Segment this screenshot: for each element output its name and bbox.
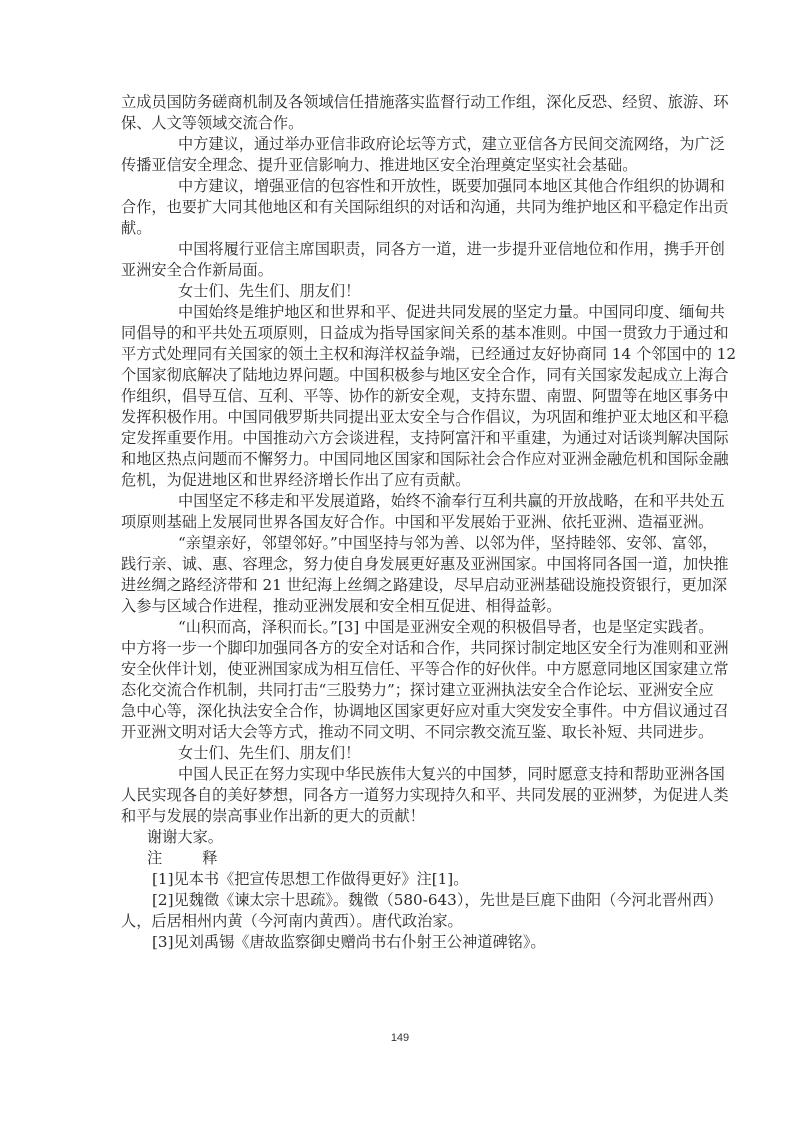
text-line: 女士们、先生们、朋友们！ <box>121 281 681 302</box>
notes-heading-left: 注 <box>147 848 162 869</box>
text-line: 中国将履行亚信主席国职责，同各方一道，进一步提升亚信地位和作用，携手开创 <box>121 239 681 260</box>
paragraph: “亲望亲好，邻望邻好。”中国坚持与邻为善、以邻为伴，坚持睦邻、安邻、富邻， 践行… <box>121 533 681 617</box>
text-line: 开亚洲文明对话大会等方式，推动不同文明、不同宗教交流互鉴、取长补短、共同进步。 <box>121 722 681 743</box>
text-line: 项原则基础上发展同世界各国友好合作。中国和平发展始于亚洲、依托亚洲、造福亚洲。 <box>121 512 681 533</box>
paragraph: “山积而高，泽积而长。”[3] 中国是亚洲安全观的积极倡导者，也是坚定实践者。 … <box>121 617 681 743</box>
paragraph-continuation: 立成员国防务磋商机制及各领域信任措施落实监督行动工作组，深化反恐、经贸、旅游、环… <box>121 92 681 134</box>
text-line: 中国坚定不移走和平发展道路，始终不渝奉行互利共赢的开放战略，在和平共处五 <box>121 491 681 512</box>
notes-heading-right: 释 <box>202 848 217 869</box>
paragraph: 中国坚定不移走和平发展道路，始终不渝奉行互利共赢的开放战略，在和平共处五 项原则… <box>121 491 681 533</box>
text-line: 急中心等，深化执法安全合作，协调地区国家更好应对重大突发安全事件。中方倡议通过召 <box>121 701 681 722</box>
text-line: 平方式处理同有关国家的领土主权和海洋权益争端，已经通过友好协商同 14 个邻国中… <box>121 344 681 365</box>
text-line: 中方建议，增强亚信的包容性和开放性，既要加强同本地区其他合作组织的协调和 <box>121 176 681 197</box>
text-line: [2]见魏徵《谏太宗十思疏》。魏徵（580-643），先世是巨鹿下曲阳（今河北晋… <box>121 890 681 911</box>
text-line: [3]见刘禹锡《唐故监察御史赠尚书右仆射王公神道碑铭》。 <box>121 932 681 953</box>
closing-thanks: 谢谢大家。 <box>121 827 681 848</box>
text-line: 入参与区域合作进程，推动亚洲发展和安全相互促进、相得益彰。 <box>121 596 681 617</box>
text-line: 作组织，倡导互信、互利、平等、协作的新安全观，支持东盟、南盟、阿盟等在地区事务中 <box>121 386 681 407</box>
page-number: 149 <box>0 1032 800 1044</box>
text-line: 人，后居相州内黄（今河南内黄西）。唐代政治家。 <box>121 911 681 932</box>
text-line: 传播亚信安全理念、提升亚信影响力、推进地区安全治理奠定坚实社会基础。 <box>121 155 681 176</box>
body-text: 立成员国防务磋商机制及各领域信任措施落实监督行动工作组，深化反恐、经贸、旅游、环… <box>121 92 681 953</box>
paragraph: 中国人民正在努力实现中华民族伟大复兴的中国梦，同时愿意支持和帮助亚洲各国 人民实… <box>121 764 681 827</box>
text-line: 定发挥重要作用。中国推动六方会谈进程，支持阿富汗和平重建，为通过对话谈判解决国际 <box>121 428 681 449</box>
salutation: 女士们、先生们、朋友们！ <box>121 281 681 302</box>
salutation: 女士们、先生们、朋友们！ <box>121 743 681 764</box>
paragraph: 中方建议，通过举办亚信非政府论坛等方式，建立亚信各方民间交流网络，为广泛 传播亚… <box>121 134 681 176</box>
text-line: 女士们、先生们、朋友们！ <box>121 743 681 764</box>
text-line: 安全伙伴计划，使亚洲国家成为相互信任、平等合作的好伙伴。中方愿意同地区国家建立常 <box>121 659 681 680</box>
footnote-2: [2]见魏徵《谏太宗十思疏》。魏徵（580-643），先世是巨鹿下曲阳（今河北晋… <box>121 890 681 932</box>
text-line: 危机，为促进地区和世界经济增长作出了应有贡献。 <box>121 470 681 491</box>
text-line: “亲望亲好，邻望邻好。”中国坚持与邻为善、以邻为伴，坚持睦邻、安邻、富邻， <box>121 533 681 554</box>
paragraph: 中方建议，增强亚信的包容性和开放性，既要加强同本地区其他合作组织的协调和 合作，… <box>121 176 681 239</box>
text-line: “山积而高，泽积而长。”[3] 中国是亚洲安全观的积极倡导者，也是坚定实践者。 <box>121 617 681 638</box>
text-line: 中国始终是维护地区和世界和平、促进共同发展的坚定力量。中国同印度、缅甸共 <box>121 302 681 323</box>
text-line: 中方建议，通过举办亚信非政府论坛等方式，建立亚信各方民间交流网络，为广泛 <box>121 134 681 155</box>
text-line: 个国家彻底解决了陆地边界问题。中国积极参与地区安全合作，同有关国家发起成立上海合 <box>121 365 681 386</box>
text-line: 发挥积极作用。中国同俄罗斯共同提出亚太安全与合作倡议，为巩固和维护亚太地区和平稳 <box>121 407 681 428</box>
text-line: 合作，也要扩大同其他地区和有关国际组织的对话和沟通，共同为维护地区和平稳定作出贡 <box>121 197 681 218</box>
paragraph: 中国始终是维护地区和世界和平、促进共同发展的坚定力量。中国同印度、缅甸共 同倡导… <box>121 302 681 491</box>
text-line: 人民实现各自的美好梦想，同各方一道努力实现持久和平、共同发展的亚洲梦，为促进人类 <box>121 785 681 806</box>
text-line: 立成员国防务磋商机制及各领域信任措施落实监督行动工作组，深化反恐、经贸、旅游、环 <box>121 92 681 113</box>
notes-heading: 注释 <box>121 848 681 869</box>
text-line: [1]见本书《把宣传思想工作做得更好》注[1]。 <box>121 869 681 890</box>
footnote-1: [1]见本书《把宣传思想工作做得更好》注[1]。 <box>121 869 681 890</box>
text-line: 和平与发展的崇高事业作出新的更大的贡献！ <box>121 806 681 827</box>
text-line: 保、人文等领域交流合作。 <box>121 113 681 134</box>
text-line: 中国人民正在努力实现中华民族伟大复兴的中国梦，同时愿意支持和帮助亚洲各国 <box>121 764 681 785</box>
text-line: 践行亲、诚、惠、容理念，努力使自身发展更好惠及亚洲国家。中国将同各国一道，加快推 <box>121 554 681 575</box>
text-line: 中方将一步一个脚印加强同各方的安全对话和合作，共同探讨制定地区安全行为准则和亚洲 <box>121 638 681 659</box>
document-page: 立成员国防务磋商机制及各领域信任措施落实监督行动工作组，深化反恐、经贸、旅游、环… <box>0 0 800 1131</box>
text-line: 亚洲安全合作新局面。 <box>121 260 681 281</box>
footnotes: [1]见本书《把宣传思想工作做得更好》注[1]。 [2]见魏徵《谏太宗十思疏》。… <box>121 869 681 953</box>
text-line: 同倡导的和平共处五项原则，日益成为指导国家间关系的基本准则。中国一贯致力于通过和 <box>121 323 681 344</box>
footnote-3: [3]见刘禹锡《唐故监察御史赠尚书右仆射王公神道碑铭》。 <box>121 932 681 953</box>
paragraph: 中国将履行亚信主席国职责，同各方一道，进一步提升亚信地位和作用，携手开创 亚洲安… <box>121 239 681 281</box>
text-line: 进丝绸之路经济带和 21 世纪海上丝绸之路建设，尽早启动亚洲基础设施投资银行，更… <box>121 575 681 596</box>
text-line: 和地区热点问题而不懈努力。中国同地区国家和国际社会合作应对亚洲金融危机和国际金融 <box>121 449 681 470</box>
text-line: 献。 <box>121 218 681 239</box>
text-line: 态化交流合作机制，共同打击“三股势力”；探讨建立亚洲执法安全合作论坛、亚洲安全应 <box>121 680 681 701</box>
